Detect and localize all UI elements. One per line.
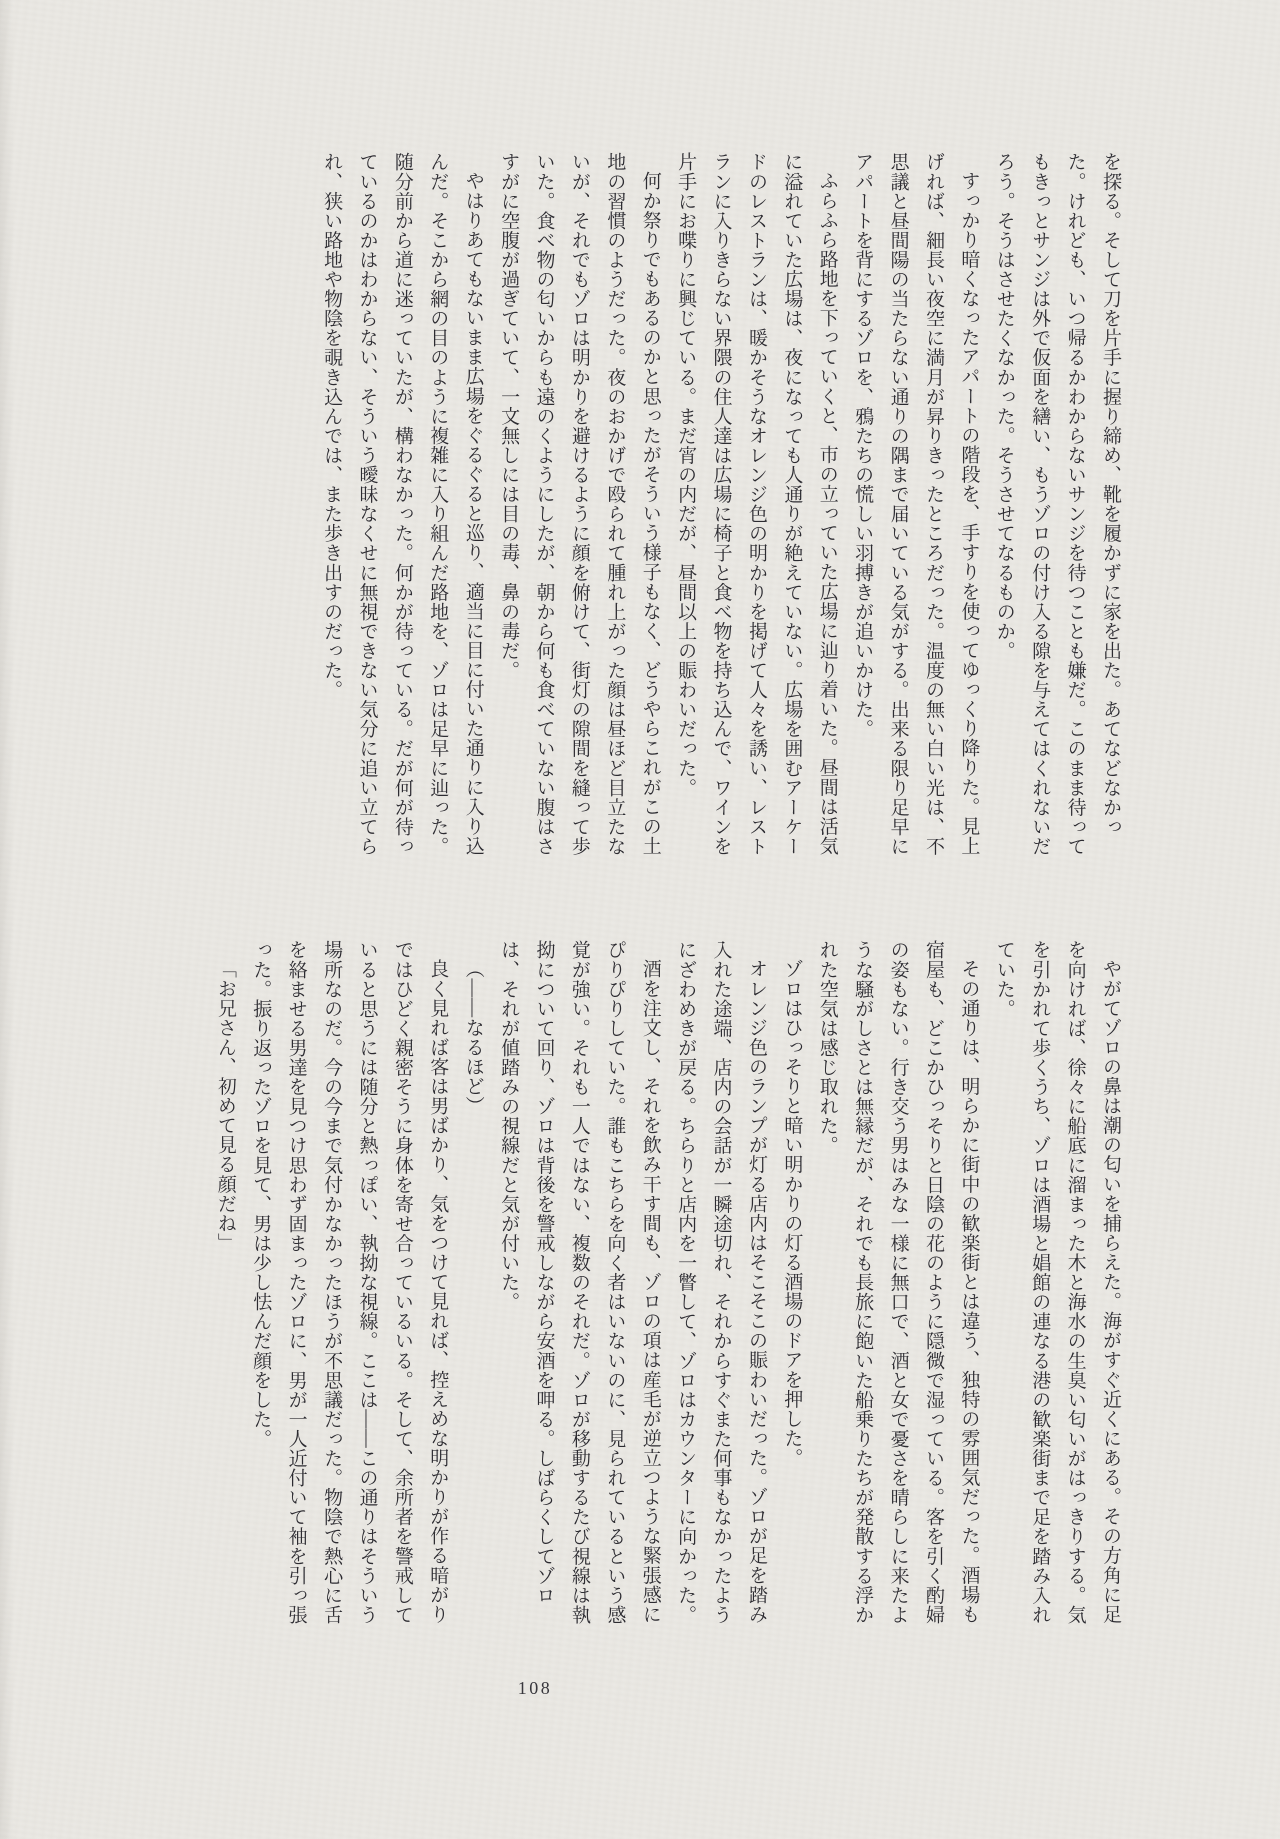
paragraph: を探る。そして刀を片手に握り締め、靴を履かずに家を出た。あてなどなかった。けれど… [986,152,1128,858]
paragraph: ふらふら路地を下っていくと、市の立っていた広場に辿り着いた。昼間は活気に溢れてい… [668,152,845,858]
scanned-book-page: を探る。そして刀を片手に握り締め、靴を履かずに家を出た。あてなどなかった。けれど… [0,0,1280,1839]
page-edge-shadow [0,0,14,1839]
paragraph: 良く見れば客は男ばかり、気をつけて見れば、控えめな明かりが作る暗がりではひどく親… [243,940,455,1632]
bottom-text-block: やがてゾロの鼻は潮の匂いを捕らえた。海がすぐ近くにある。その方角に足を向ければ、… [126,940,1128,1632]
paragraph: オレンジ色のランプが灯る店内はそこそこの賑わいだった。ゾロが足を踏み入れた途端、… [668,940,774,1632]
paragraph: すっかり暗くなったアパートの階段を、手すりを使ってゆっくり降りた。見上げれば、細… [845,152,987,858]
page-number: 108 [500,1678,570,1699]
paragraph: やはりあてもないまま広場をぐるぐると巡り、適当に目に付いた通りに入り込んだ。そこ… [314,152,491,858]
paragraph: やがてゾロの鼻は潮の匂いを捕らえた。海がすぐ近くにある。その方角に足を向ければ、… [986,940,1128,1632]
paragraph: 酒を注文し、それを飲み干す間も、ゾロの項は産毛が逆立つような緊張感にぴりぴりして… [491,940,668,1632]
paragraph: （——なるほど） [455,940,490,1632]
paragraph: その通りは、明らかに街中の歓楽街とは違う、独特の雰囲気だった。酒場も宿屋も、どこ… [809,940,986,1632]
paragraph: 何か祭りでもあるのかと思ったがそういう様子もなく、どうやらこれがこの土地の習慣の… [491,152,668,858]
paragraph: 「お兄さん、初めて見る顔だね」 [207,940,242,1632]
paragraph: ゾロはひっそりと暗い明かりの灯る酒場のドアを押した。 [774,940,809,1632]
top-text-block: を探る。そして刀を片手に握り締め、靴を履かずに家を出た。あてなどなかった。けれど… [128,152,1128,858]
